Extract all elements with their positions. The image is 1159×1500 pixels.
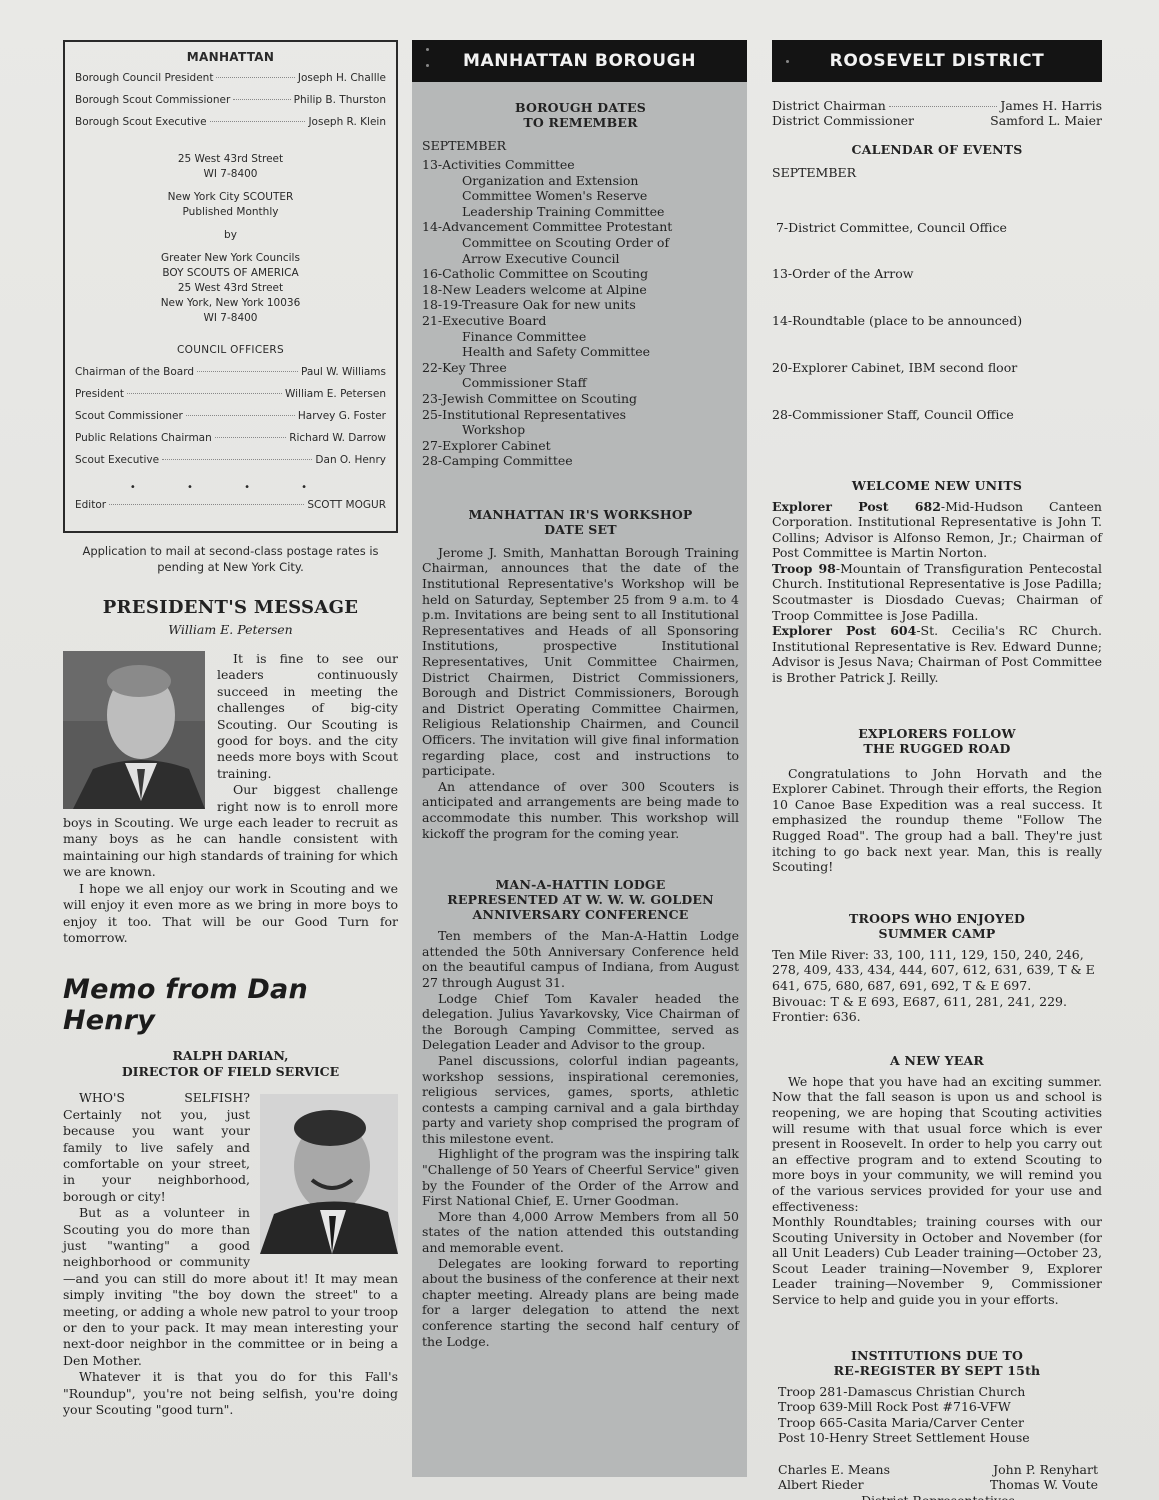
leader-dots — [233, 99, 290, 100]
officer-row: Scout CommissionerHarvey G. Foster — [75, 410, 386, 432]
presidents-message-byline: William E. Petersen — [63, 622, 398, 637]
date-item: Arrow Executive Council — [422, 251, 739, 267]
rep-row: Albert RiederThomas W. Voute — [778, 1477, 1098, 1492]
banner-title: MANHATTAN BOROUGH — [463, 51, 696, 71]
calendar-list: 7-District Committee, Council Office 13-… — [772, 188, 1102, 453]
publisher-line: WI 7-8400 — [75, 311, 386, 326]
portrait-photo-icon — [63, 651, 205, 809]
leader-dots — [127, 393, 282, 394]
rep-name: Thomas W. Voute — [990, 1477, 1098, 1492]
event-item: 20-Explorer Cabinet, IBM second floor — [772, 360, 1102, 376]
officer-role: Borough Scout Commissioner — [75, 94, 230, 106]
bullet-divider: • • • • — [75, 482, 386, 493]
masthead-title: MANHATTAN — [75, 50, 386, 64]
date-item: Workshop — [422, 422, 739, 438]
date-item: 27-Explorer Cabinet — [422, 438, 739, 454]
calendar-heading: CALENDAR OF EVENTS — [772, 142, 1102, 157]
officer-row: Public Relations ChairmanRichard W. Darr… — [75, 432, 386, 454]
postage-notice: Application to mail at second-class post… — [63, 543, 398, 575]
paragraph: Monthly Roundtables; training courses wi… — [772, 1214, 1102, 1308]
by-label: by — [75, 228, 386, 243]
reregister-heading: INSTITUTIONS DUE TO RE-REGISTER BY SEPT … — [772, 1348, 1102, 1378]
leader-dots — [186, 415, 295, 416]
date-item: 28-Camping Committee — [422, 453, 739, 469]
date-item: Committee Women's Reserve — [422, 188, 739, 204]
district-officers: District ChairmanJames H. Harris Distric… — [772, 98, 1102, 128]
reregister-item: Troop 639-Mill Rock Post #716-VFW — [778, 1399, 1102, 1415]
heading-line: EXPLORERS FOLLOW — [772, 726, 1102, 741]
masthead-box: MANHATTAN Borough Council PresidentJosep… — [63, 40, 398, 533]
middle-column: MANHATTAN BOROUGH BOROUGH DATES TO REMEM… — [412, 40, 747, 1477]
summer-camp-list: Ten Mile River: 33, 100, 111, 129, 150, … — [772, 947, 1102, 1025]
memo-author: RALPH DARIAN, DIRECTOR OF FIELD SERVICE — [63, 1048, 398, 1080]
new-year-body: We hope that you have had an exciting su… — [772, 1074, 1102, 1308]
officer-role: President — [75, 388, 124, 400]
event-item: 14-Roundtable (place to be announced) — [772, 313, 1102, 329]
rep-name: John P. Renyhart — [993, 1462, 1098, 1477]
officer-role: Chairman of the Board — [75, 366, 194, 378]
camp-line: Bivouac: T & E 693, E687, 611, 281, 241,… — [772, 994, 1102, 1010]
date-item: 18-19-Treasure Oak for new units — [422, 297, 739, 313]
officer-row: Borough Scout ExecutiveJoseph R. Klein — [75, 116, 386, 138]
month-label: SEPTEMBER — [772, 165, 1102, 180]
officer-row: Borough Scout CommissionerPhilip B. Thur… — [75, 94, 386, 116]
camp-line: Ten Mile River: 33, 100, 111, 129, 150, … — [772, 947, 1102, 994]
punch-hole-icon — [426, 64, 429, 67]
date-item: Leadership Training Committee — [422, 204, 739, 220]
paragraph: Jerome J. Smith, Manhattan Borough Train… — [422, 545, 739, 779]
publication-frequency: Published Monthly — [75, 205, 386, 220]
officer-row: Borough Council PresidentJoseph H. Chall… — [75, 72, 386, 94]
date-item: 16-Catholic Committee on Scouting — [422, 266, 739, 282]
heading-line: TROOPS WHO ENJOYED — [772, 911, 1102, 926]
presidents-message-body: It is fine to see our leaders continuous… — [63, 651, 398, 946]
workshop-heading: MANHATTAN IR'S WORKSHOP DATE SET — [422, 507, 739, 537]
event-item: 7-District Committee, Council Office — [772, 220, 1102, 236]
paragraph: Panel discussions, colorful indian pagea… — [422, 1053, 739, 1147]
leader-dots — [197, 371, 298, 372]
heading-line: MAN-A-HATTIN LODGE — [422, 877, 739, 892]
officer-name: Joseph R. Klein — [308, 116, 386, 128]
publisher-line: BOY SCOUTS OF AMERICA — [75, 266, 386, 281]
date-item: 18-New Leaders welcome at Alpine — [422, 282, 739, 298]
paragraph: Delegates are looking forward to reporti… — [422, 1256, 739, 1350]
publisher-line: New York, New York 10036 — [75, 296, 386, 311]
date-item: 23-Jewish Committee on Scouting — [422, 391, 739, 407]
roosevelt-district-banner: ROOSEVELT DISTRICT — [772, 40, 1102, 82]
officer-row: PresidentWilliam E. Petersen — [75, 388, 386, 410]
reregister-list: Troop 281-Damascus Christian Church Troo… — [772, 1384, 1102, 1446]
officer-name: Philip B. Thurston — [294, 94, 386, 106]
borough-dates-heading: BOROUGH DATES TO REMEMBER — [422, 100, 739, 130]
banner-title: ROOSEVELT DISTRICT — [830, 51, 1045, 71]
presidents-message-title: PRESIDENT'S MESSAGE — [63, 597, 398, 618]
reregister-item: Troop 665-Casita Maria/Carver Center — [778, 1415, 1102, 1431]
officer-role: District Commissioner — [772, 113, 914, 128]
officer-row: Scout ExecutiveDan O. Henry — [75, 454, 386, 476]
memo-author-title: DIRECTOR OF FIELD SERVICE — [63, 1064, 398, 1080]
officer-name: Harvey G. Foster — [298, 410, 386, 422]
council-officers-heading: COUNCIL OFFICERS — [75, 344, 386, 356]
leader-dots — [210, 121, 306, 122]
date-item: Finance Committee — [422, 329, 739, 345]
leader-dots — [889, 106, 998, 107]
rep-name: Albert Rieder — [778, 1477, 864, 1492]
paragraph: Lodge Chief Tom Kavaler headed the deleg… — [422, 991, 739, 1053]
borough-dates-list: 13-Activities Committee Organization and… — [422, 157, 739, 469]
welcome-heading: WELCOME NEW UNITS — [772, 478, 1102, 493]
officer-name: James H. Harris — [1000, 98, 1102, 113]
heading-line: MANHATTAN IR'S WORKSHOP — [422, 507, 739, 522]
leader-dots — [216, 77, 294, 78]
punch-hole-icon — [426, 48, 429, 51]
date-item: Commissioner Staff — [422, 375, 739, 391]
date-item: 13-Activities Committee — [422, 157, 739, 173]
publisher-line: 25 West 43rd Street — [75, 281, 386, 296]
officer-role: Borough Council President — [75, 72, 213, 84]
workshop-body: Jerome J. Smith, Manhattan Borough Train… — [422, 545, 739, 841]
paragraph: Ten members of the Man-A-Hattin Lodge at… — [422, 928, 739, 990]
month-label: SEPTEMBER — [422, 138, 739, 153]
lodge-heading: MAN-A-HATTIN LODGE REPRESENTED AT W. W. … — [422, 877, 739, 922]
reps-caption: District Representatives — [778, 1493, 1098, 1500]
explorers-heading: EXPLORERS FOLLOW THE RUGGED ROAD — [772, 726, 1102, 756]
officer-name: William E. Petersen — [285, 388, 386, 400]
unit-entry: Explorer Post 682-Mid-Hudson Canteen Cor… — [772, 499, 1102, 561]
editor-role: Editor — [75, 499, 106, 511]
officer-name: Samford L. Maier — [990, 113, 1102, 128]
punch-hole-icon — [786, 60, 789, 63]
heading-line: BOROUGH DATES — [422, 100, 739, 115]
officer-role: Scout Executive — [75, 454, 159, 466]
date-item: 14-Advancement Committee Protestant — [422, 219, 739, 235]
heading-line: ANNIVERSARY CONFERENCE — [422, 907, 739, 922]
rep-name: Charles E. Means — [778, 1462, 890, 1477]
reregister-item: Troop 281-Damascus Christian Church — [778, 1384, 1102, 1400]
memo-author-name: RALPH DARIAN, — [63, 1048, 398, 1064]
heading-line: RE-REGISTER BY SEPT 15th — [772, 1363, 1102, 1378]
unit-name: Troop 98 — [772, 561, 836, 576]
rep-row: Charles E. MeansJohn P. Renyhart — [778, 1462, 1098, 1477]
date-item: Health and Safety Committee — [422, 344, 739, 360]
date-item: Committee on Scouting Order of — [422, 235, 739, 251]
officer-row: Chairman of the BoardPaul W. Williams — [75, 366, 386, 388]
officer-name: Richard W. Darrow — [289, 432, 386, 444]
editor-row: EditorSCOTT MOGUR — [75, 499, 386, 521]
unit-entry: Explorer Post 604-St. Cecilia's RC Churc… — [772, 623, 1102, 685]
address: 25 West 43rd Street — [75, 152, 386, 167]
heading-line: THE RUGGED ROAD — [772, 741, 1102, 756]
officer-row: District CommissionerSamford L. Maier — [772, 113, 1102, 128]
date-item: 21-Executive Board — [422, 313, 739, 329]
heading-line: REPRESENTED AT W. W. W. GOLDEN — [422, 892, 739, 907]
paragraph: Congratulations to John Horvath and the … — [772, 766, 1102, 875]
date-item: 22-Key Three — [422, 360, 739, 376]
memo-body: WHO'S SELFISH? Certainly not you, just b… — [63, 1090, 398, 1418]
officer-role: District Chairman — [772, 98, 886, 113]
manhattan-borough-banner: MANHATTAN BOROUGH — [412, 40, 747, 82]
left-column: MANHATTAN Borough Council PresidentJosep… — [63, 40, 398, 1418]
publisher-line: Greater New York Councils — [75, 251, 386, 266]
district-representatives: Charles E. MeansJohn P. Renyhart Albert … — [772, 1462, 1102, 1500]
heading-line: SUMMER CAMP — [772, 926, 1102, 941]
date-item: 25-Institutional Representatives — [422, 407, 739, 423]
leader-dots — [162, 459, 312, 460]
event-item: 28-Commissioner Staff, Council Office — [772, 407, 1102, 423]
unit-entry: Troop 98-Mountain of Transfiguration Pen… — [772, 561, 1102, 623]
heading-line: INSTITUTIONS DUE TO — [772, 1348, 1102, 1363]
heading-line: DATE SET — [422, 522, 739, 537]
editor-name: SCOTT MOGUR — [307, 499, 386, 511]
officer-row: District ChairmanJames H. Harris — [772, 98, 1102, 113]
publication-name: New York City SCOUTER — [75, 190, 386, 205]
heading-line: TO REMEMBER — [422, 115, 739, 130]
officer-name: Paul W. Williams — [301, 366, 386, 378]
reregister-item: Post 10-Henry Street Settlement House — [778, 1430, 1102, 1446]
officer-role: Borough Scout Executive — [75, 116, 207, 128]
officer-name: Dan O. Henry — [315, 454, 386, 466]
paragraph: Highlight of the program was the inspiri… — [422, 1146, 739, 1208]
paragraph: More than 4,000 Arrow Members from all 5… — [422, 1209, 739, 1256]
explorers-body: Congratulations to John Horvath and the … — [772, 766, 1102, 875]
newsletter-page: MANHATTAN Borough Council PresidentJosep… — [0, 0, 1159, 1500]
paragraph: I hope we all enjoy our work in Scouting… — [63, 881, 398, 947]
new-year-heading: A NEW YEAR — [772, 1053, 1102, 1068]
unit-name: Explorer Post 682 — [772, 499, 941, 514]
welcome-units: Explorer Post 682-Mid-Hudson Canteen Cor… — [772, 499, 1102, 686]
summer-camp-heading: TROOPS WHO ENJOYED SUMMER CAMP — [772, 911, 1102, 941]
paragraph: We hope that you have had an exciting su… — [772, 1074, 1102, 1214]
leader-dots — [215, 437, 286, 438]
unit-name: Explorer Post 604 — [772, 623, 916, 638]
event-item: 13-Order of the Arrow — [772, 266, 1102, 282]
memo-title: Memo from Dan Henry — [63, 974, 398, 1036]
paragraph: Whatever it is that you do for this Fall… — [63, 1369, 398, 1418]
phone: WI 7-8400 — [75, 167, 386, 182]
officer-role: Scout Commissioner — [75, 410, 183, 422]
publication-info: 25 West 43rd Street WI 7-8400 New York C… — [75, 152, 386, 326]
paragraph: An attendance of over 300 Scouters is an… — [422, 779, 739, 841]
officer-role: Public Relations Chairman — [75, 432, 212, 444]
right-column: ROOSEVELT DISTRICT District ChairmanJame… — [772, 40, 1102, 1500]
camp-line: Frontier: 636. — [772, 1009, 1102, 1025]
portrait-photo-icon — [260, 1094, 398, 1254]
officer-name: Joseph H. Challle — [298, 72, 386, 84]
leader-dots — [109, 504, 304, 505]
date-item: Organization and Extension — [422, 173, 739, 189]
lodge-body: Ten members of the Man-A-Hattin Lodge at… — [422, 928, 739, 1349]
